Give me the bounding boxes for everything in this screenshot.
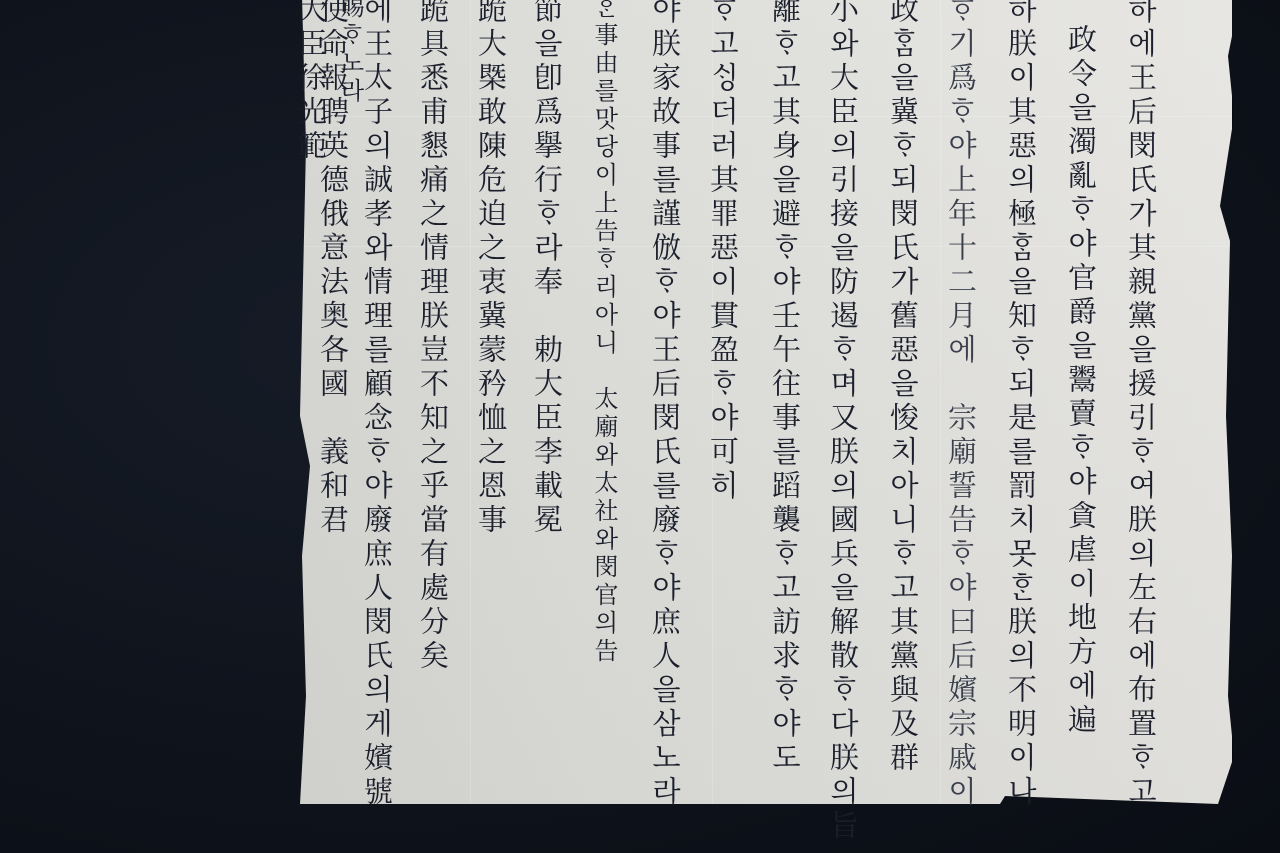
text-column: 하朕이其惡의極ᄒᆞᆷ을知ᄒᆞ되是를罰치못ᄒᆞᆫ朕의不明이나 [1006, 0, 1035, 810]
text-column: 節을卽爲擧行ᄒᆞ라奉 勅大臣李載冕 [532, 0, 561, 538]
text-column: 跪大槩敢陳危迫之衷冀蒙矜恤之恩事 [476, 0, 505, 538]
text-column: 小와大臣의引接을防遏ᄒᆞ며又朕의國兵을解散ᄒᆞ다朕의旨 [828, 0, 857, 844]
text-column: 跪具悉甫懇痛之情理朕豈不知之乎當有處分矣 [418, 0, 447, 674]
text-column: 야朕家故事를謹倣ᄒᆞ야王后閔氏를廢ᄒᆞ야庶人을삼노라 [650, 0, 679, 810]
text-column: ᄒᆞ기爲ᄒᆞ야上年十二月에 宗廟誓告ᄒᆞ야曰后嬪宗戚이 [946, 0, 975, 810]
text-column: 大臣徐光範 [296, 0, 325, 164]
text-column: 하에王后閔氏가其親黨을援引ᄒᆞ여朕의左右에布置ᄒᆞ고 [1126, 0, 1155, 810]
text-column: 政令을濁亂ᄒᆞ야官爵을鬻賣ᄒᆞ야貪虐이地方에遍 [1066, 24, 1095, 738]
text-column: 에王太子의誠孝와情理를顧念ᄒᆞ야廢庶人閔氏의게嬪號 [362, 0, 391, 810]
text-column: 離ᄒᆞ고其身을避ᄒᆞ야壬午往事를蹈襲ᄒᆞ고訪求ᄒᆞ야도 [770, 0, 799, 776]
text-column: ᄒᆞ고ᄉᆡᆼ더러其罪惡이貫盈ᄒᆞ야可히 [708, 0, 737, 504]
edict-text: 하에王后閔氏가其親黨을援引ᄒᆞ여朕의左右에布置ᄒᆞ고 政令을濁亂ᄒᆞ야官爵을鬻賣… [300, 0, 1232, 800]
text-column: 政ᄒᆞᆷ을冀ᄒᆞ되閔氏가舊惡을悛치아니ᄒᆞ고其黨與及群 [888, 0, 917, 776]
text-column: ᄒᆞᆫ事由를맛당이上告ᄒᆞ리아니 太廟와太社와閔官의告 [592, 0, 616, 666]
